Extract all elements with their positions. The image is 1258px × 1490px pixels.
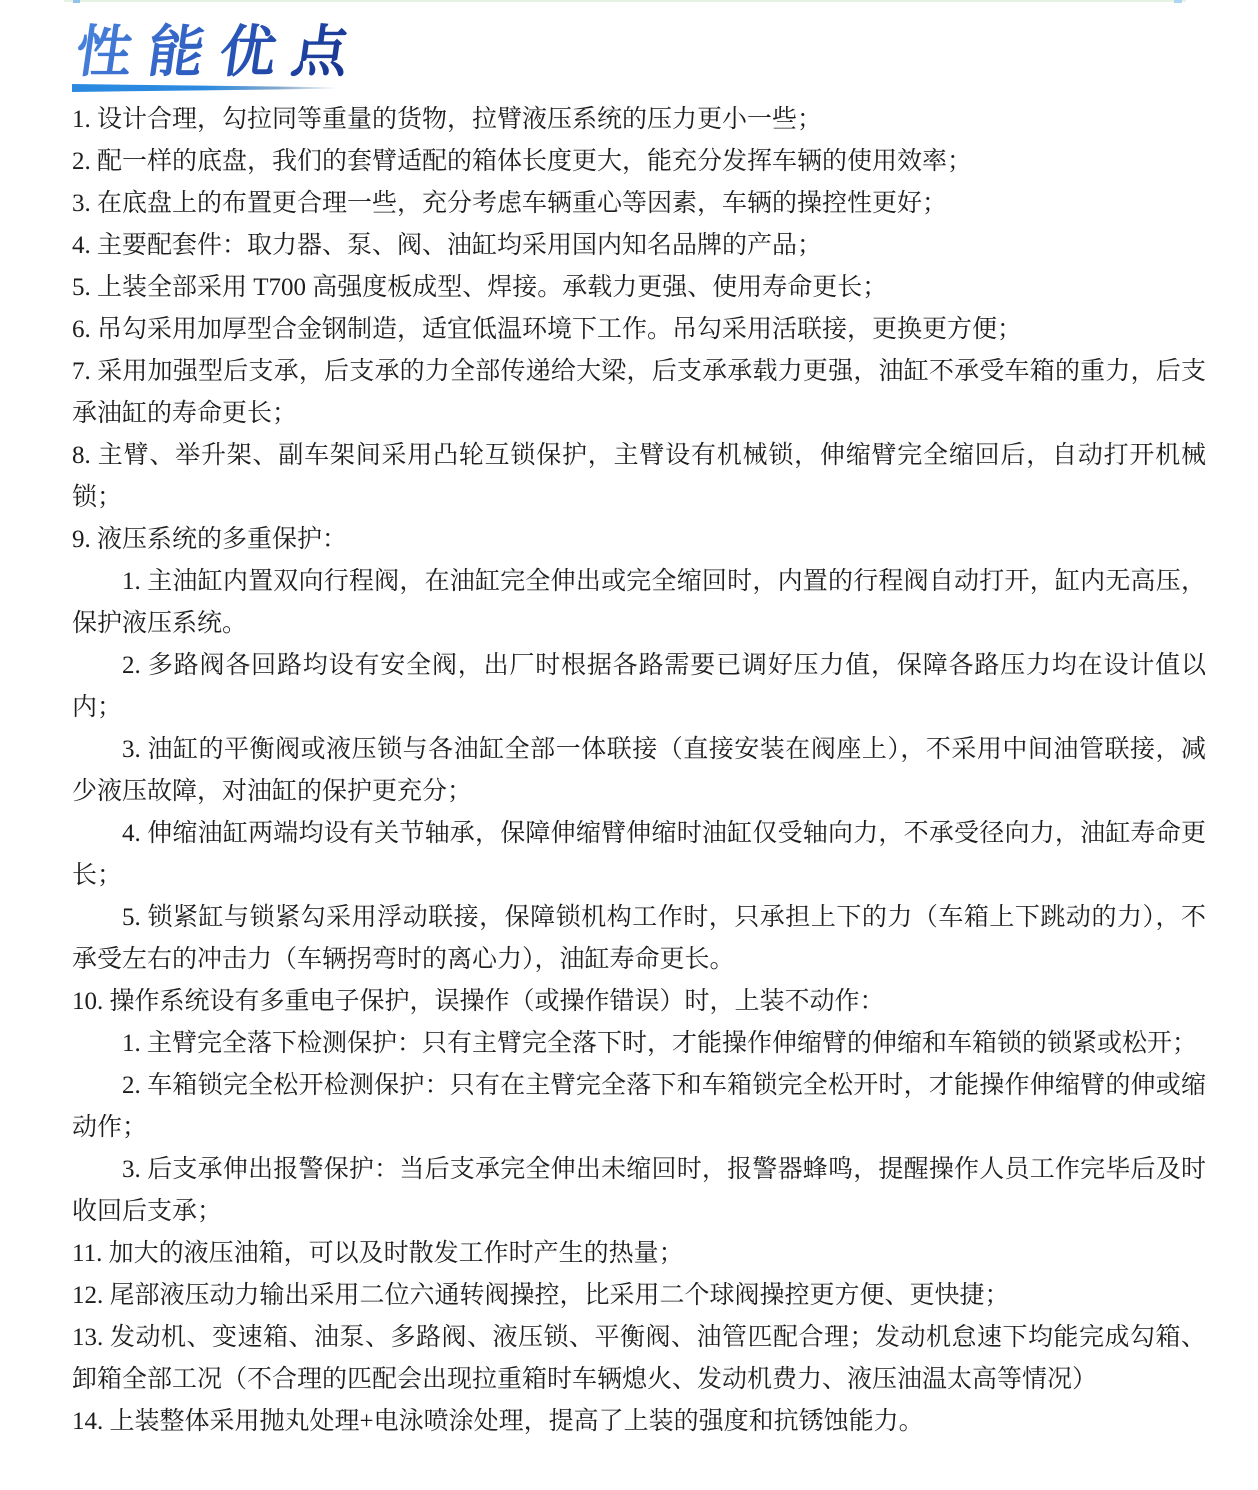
page-title: 性能优点 [72,22,368,82]
list-item: 2. 配一样的底盘，我们的套臂适配的箱体长度更大，能充分发挥车辆的使用效率； [72,141,1206,183]
top-divider-accent-left [73,0,80,3]
feature-list: 1. 设计合理，勾拉同等重量的货物，拉臂液压系统的压力更小一些； 2. 配一样的… [72,99,1206,1443]
top-divider-line [64,0,1186,2]
list-item: 4. 主要配套件：取力器、泵、阀、油缸均采用国内知名品牌的产品； [72,225,1206,267]
list-subitem: 3. 后支承伸出报警保护：当后支承完全伸出未缩回时，报警器蜂鸣，提醒操作人员工作… [72,1149,1206,1233]
list-subitem: 1. 主油缸内置双向行程阀，在油缸完全伸出或完全缩回时，内置的行程阀自动打开，缸… [72,561,1206,645]
title-underline [72,84,338,92]
list-item: 11. 加大的液压油箱，可以及时散发工作时产生的热量； [72,1233,1206,1275]
list-subitem: 2. 多路阀各回路均设有安全阀，出厂时根据各路需要已调好压力值，保障各路压力均在… [72,645,1206,729]
list-item: 7. 采用加强型后支承，后支承的力全部传递给大梁，后支承承载力更强，油缸不承受车… [72,351,1206,435]
list-item: 3. 在底盘上的布置更合理一些，充分考虑车辆重心等因素，车辆的操控性更好； [72,183,1206,225]
list-item: 5. 上装全部采用 T700 高强度板成型、焊接。承载力更强、使用寿命更长； [72,267,1206,309]
list-subitem: 4. 伸缩油缸两端均设有关节轴承，保障伸缩臂伸缩时油缸仅受轴向力，不承受径向力，… [72,813,1206,897]
list-subitem: 2. 车箱锁完全松开检测保护：只有在主臂完全落下和车箱锁完全松开时，才能操作伸缩… [72,1065,1206,1149]
top-divider-accent-right [1174,0,1182,3]
list-subitem: 5. 锁紧缸与锁紧勾采用浮动联接，保障锁机构工作时，只承担上下的力（车箱上下跳动… [72,897,1206,981]
list-item: 6. 吊勾采用加厚型合金钢制造，适宜低温环境下工作。吊勾采用活联接，更换更方便； [72,309,1206,351]
document-page: 性能优点 1. 设计合理，勾拉同等重量的货物，拉臂液压系统的压力更小一些； 2.… [0,0,1258,1490]
list-item: 9. 液压系统的多重保护： [72,519,1206,561]
list-item: 10. 操作系统设有多重电子保护，误操作（或操作错误）时，上装不动作： [72,981,1206,1023]
list-item: 1. 设计合理，勾拉同等重量的货物，拉臂液压系统的压力更小一些； [72,99,1206,141]
list-item: 8. 主臂、举升架、副车架间采用凸轮互锁保护，主臂设有机械锁，伸缩臂完全缩回后，… [72,435,1206,519]
list-item: 13. 发动机、变速箱、油泵、多路阀、液压锁、平衡阀、油管匹配合理；发动机怠速下… [72,1317,1206,1401]
list-item: 12. 尾部液压动力输出采用二位六通转阀操控，比采用二个球阀操控更方便、更快捷； [72,1275,1206,1317]
list-subitem: 1. 主臂完全落下检测保护：只有主臂完全落下时，才能操作伸缩臂的伸缩和车箱锁的锁… [72,1023,1206,1065]
list-item: 14. 上装整体采用抛丸处理+电泳喷涂处理，提高了上装的强度和抗锈蚀能力。 [72,1401,1206,1443]
list-subitem: 3. 油缸的平衡阀或液压锁与各油缸全部一体联接（直接安装在阀座上），不采用中间油… [72,729,1206,813]
